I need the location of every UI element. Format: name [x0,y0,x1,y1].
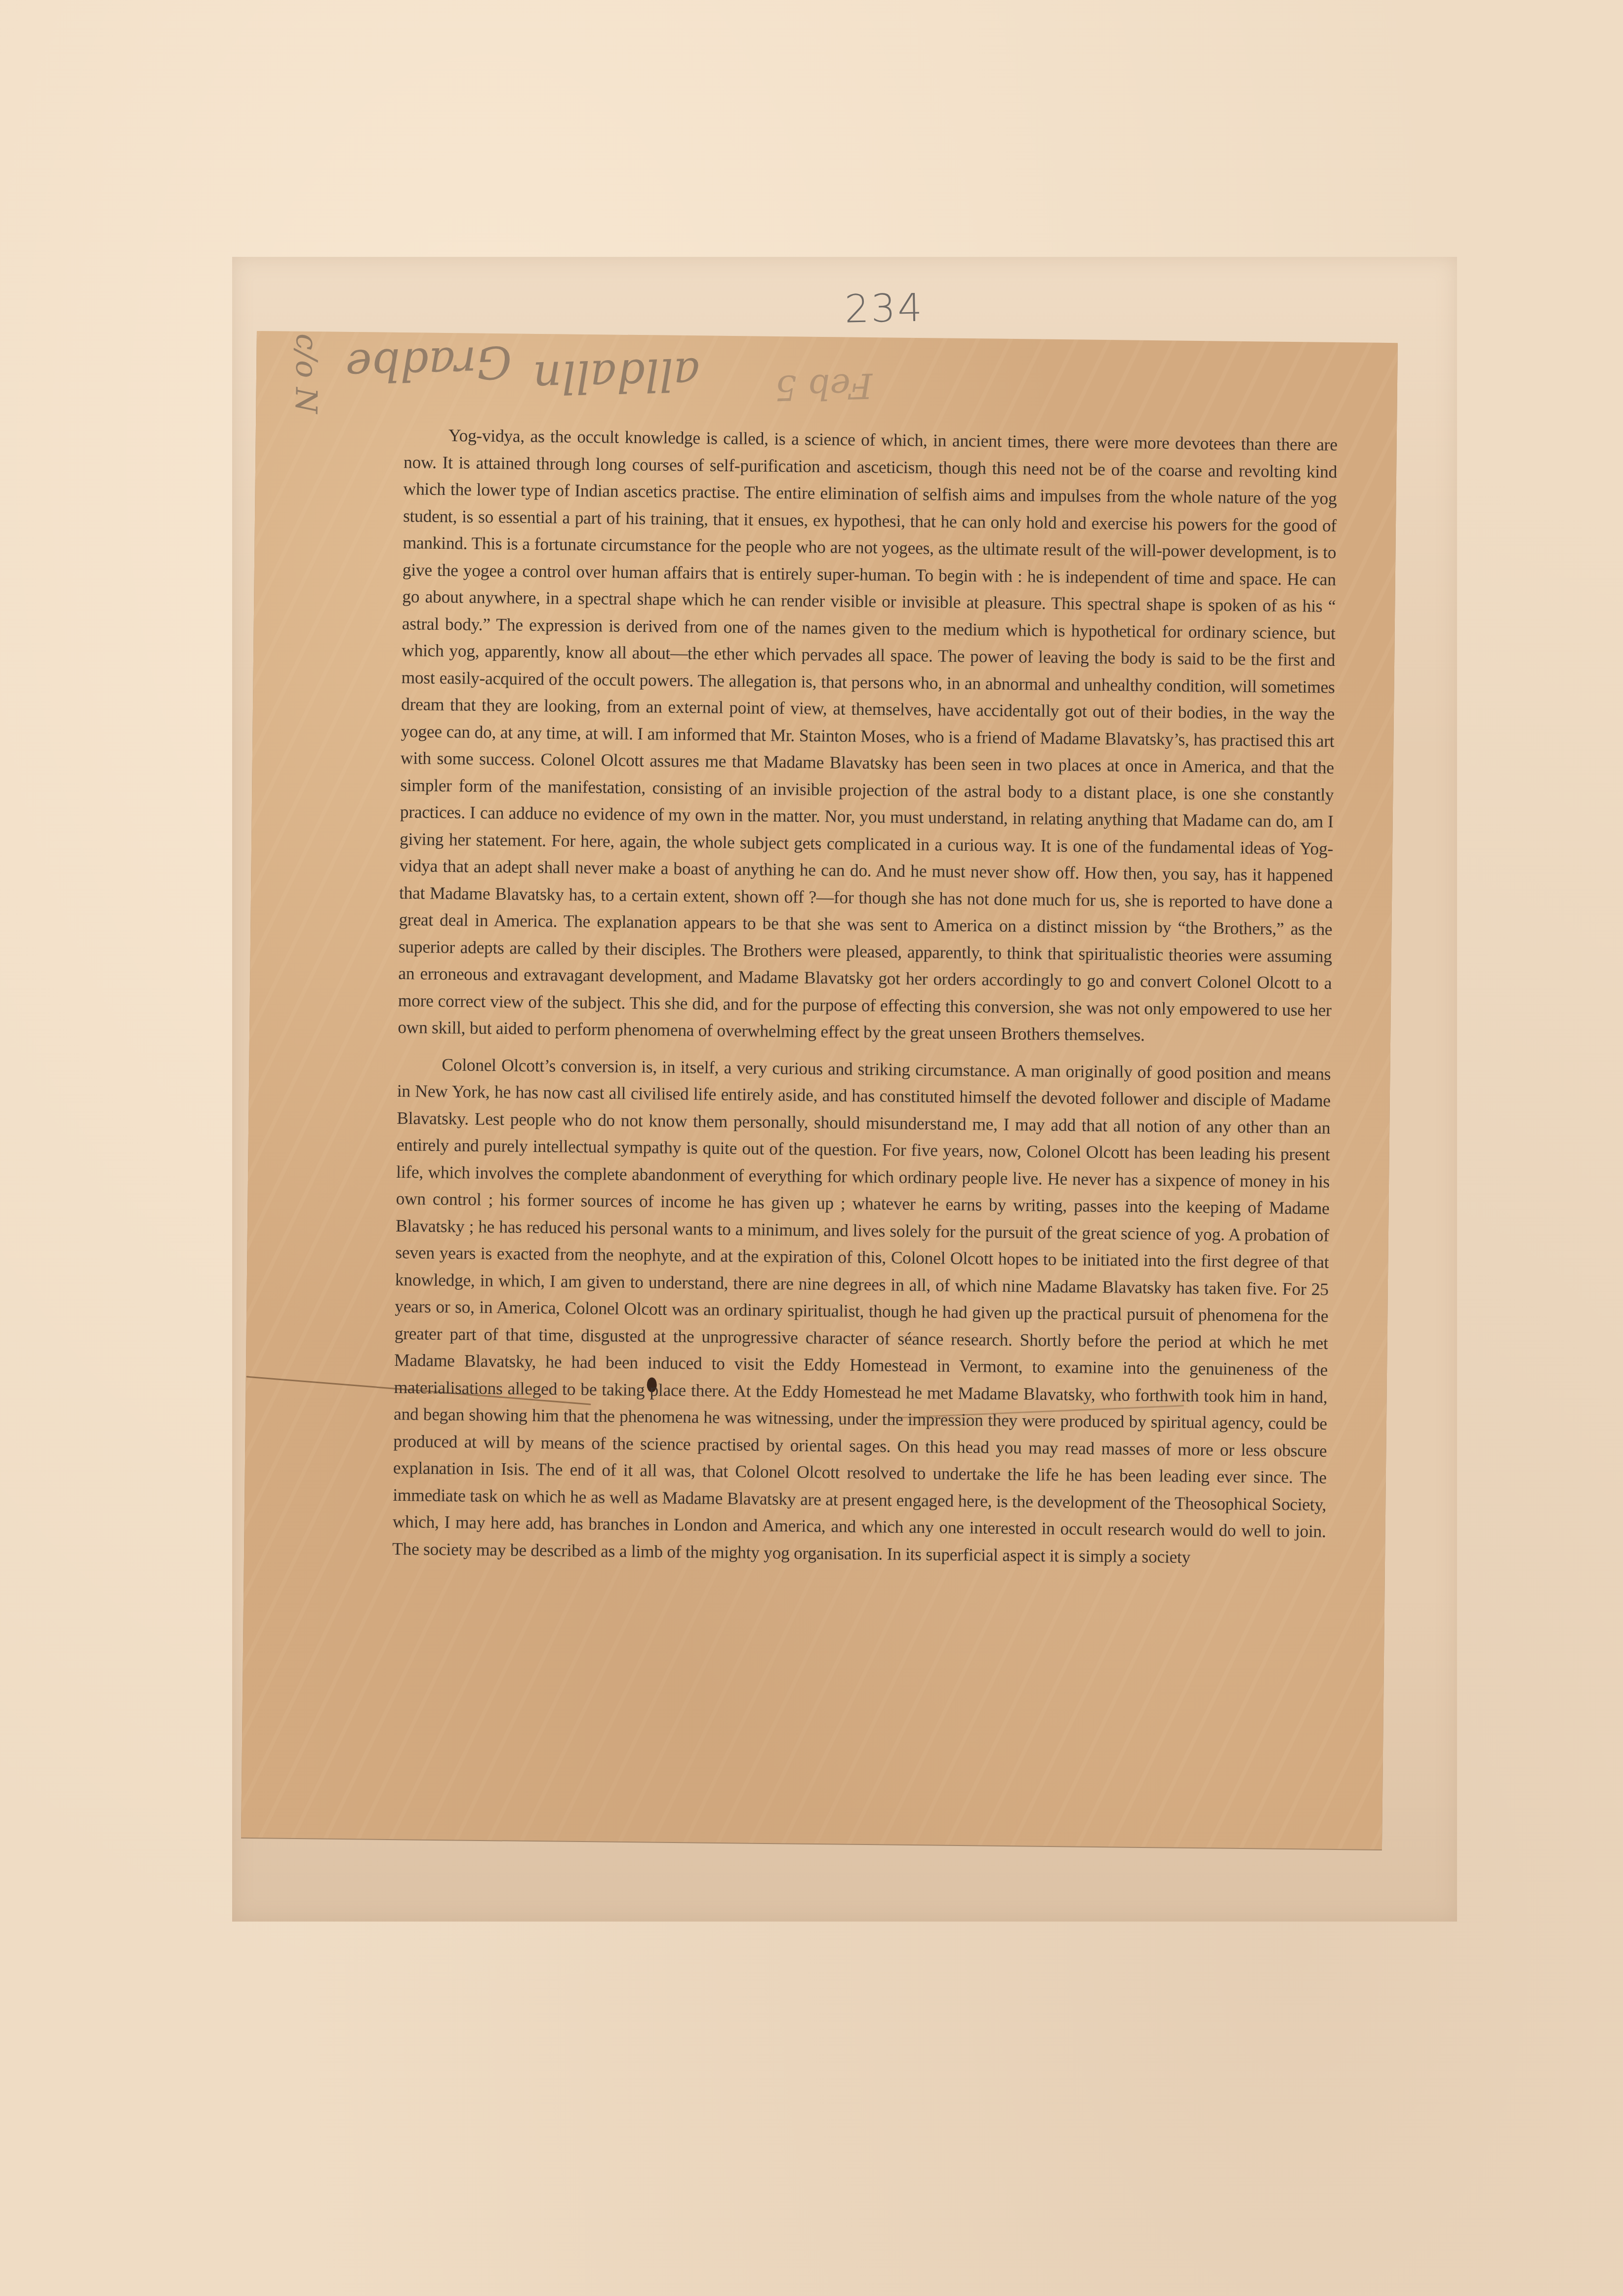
newspaper-clipping: c/o N Gradbe alldalln Feb 5 Yog-vidya, a… [241,331,1398,1849]
article-paragraph: Colonel Olcott’s conversion is, in itsel… [392,1051,1331,1572]
pencil-annotation: c/o N [288,333,324,413]
page-number: 234 [844,286,924,332]
pencil-annotation: alldalln [532,348,700,404]
pencil-annotation: Feb 5 [774,366,873,409]
article-paragraph: Yog-vidya, as the occult knowledge is ca… [398,421,1338,1050]
pencil-annotation: Gradbe [345,336,513,392]
article-body: Yog-vidya, as the occult knowledge is ca… [392,421,1338,1572]
